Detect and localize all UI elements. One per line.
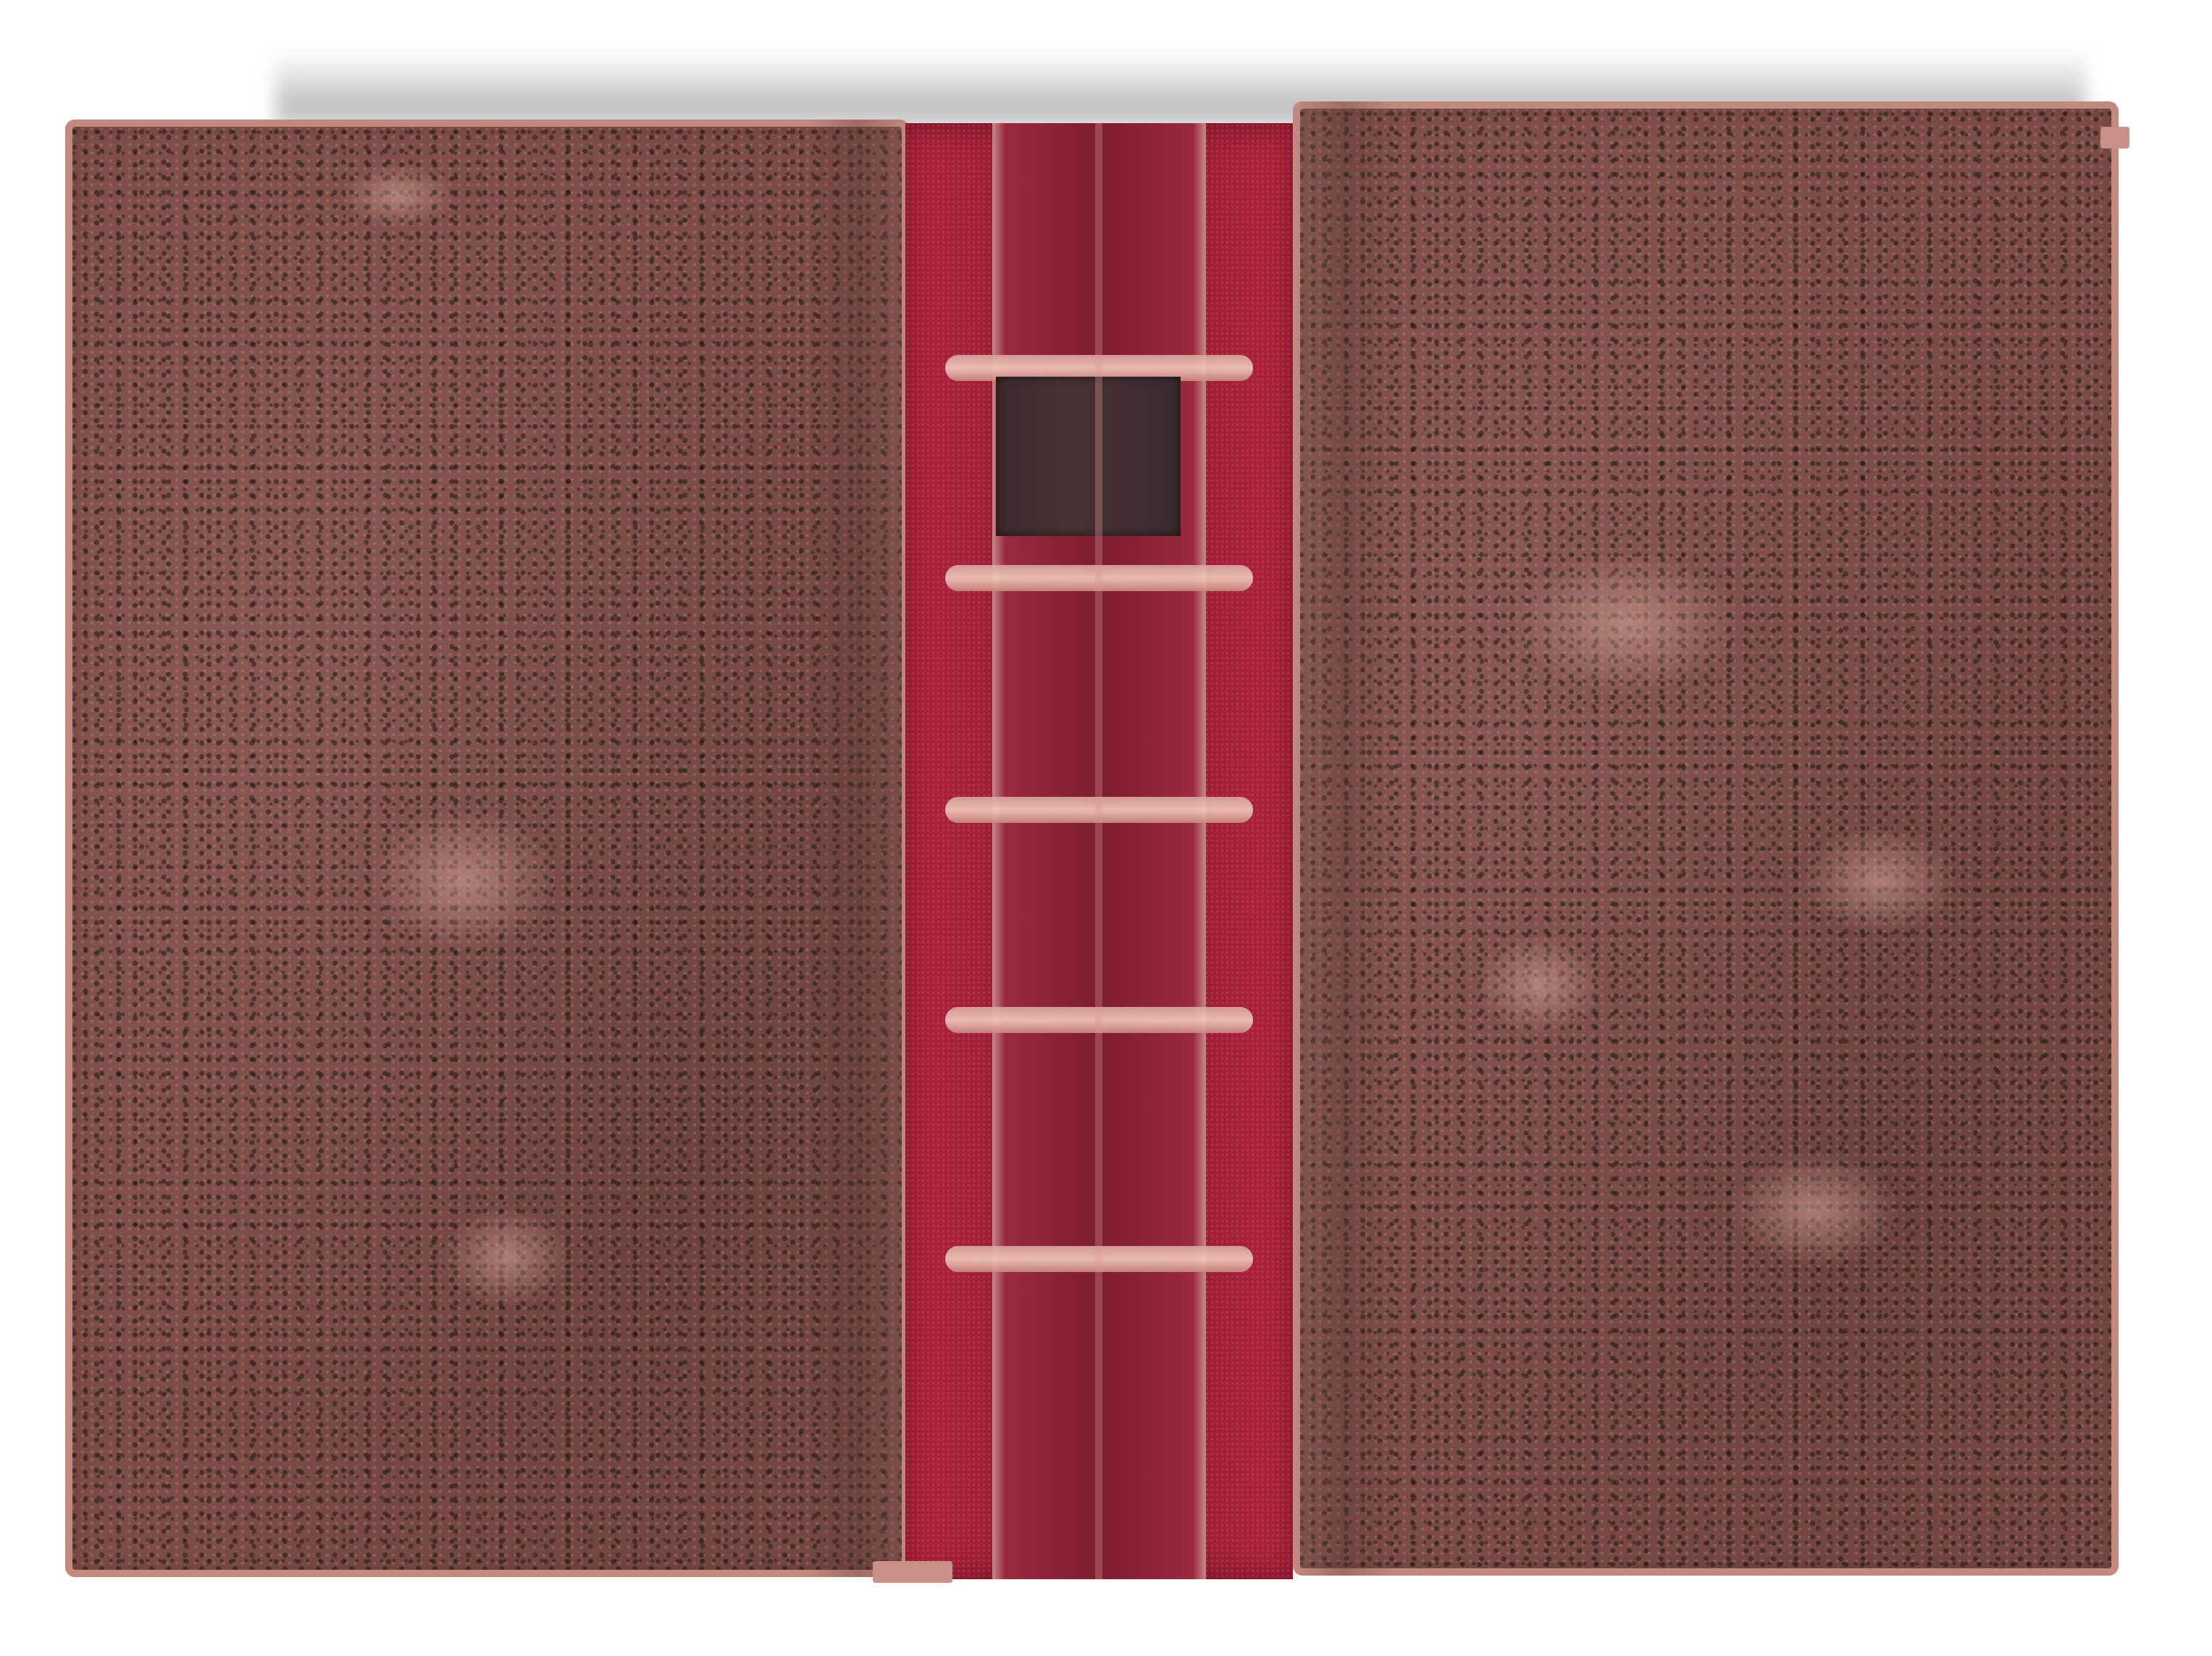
front-board-hinge bbox=[1293, 101, 1394, 1576]
wear-mark bbox=[369, 808, 558, 953]
spine bbox=[905, 123, 1293, 1579]
back-board-hinge bbox=[808, 120, 909, 1577]
wear-mark bbox=[1510, 551, 1742, 695]
torn-edge bbox=[873, 1561, 952, 1583]
wear-mark bbox=[1474, 934, 1604, 1036]
spine-label bbox=[996, 377, 1181, 536]
back-board bbox=[65, 120, 909, 1577]
wear-mark bbox=[1800, 826, 1959, 934]
torn-edge bbox=[2100, 127, 2129, 149]
front-board bbox=[1293, 101, 2119, 1576]
spine-fold bbox=[1095, 123, 1102, 1579]
wear-mark bbox=[442, 1206, 572, 1308]
book-cover-photo bbox=[0, 0, 2212, 1656]
wear-mark bbox=[340, 163, 456, 228]
wear-mark bbox=[1727, 1152, 1901, 1268]
